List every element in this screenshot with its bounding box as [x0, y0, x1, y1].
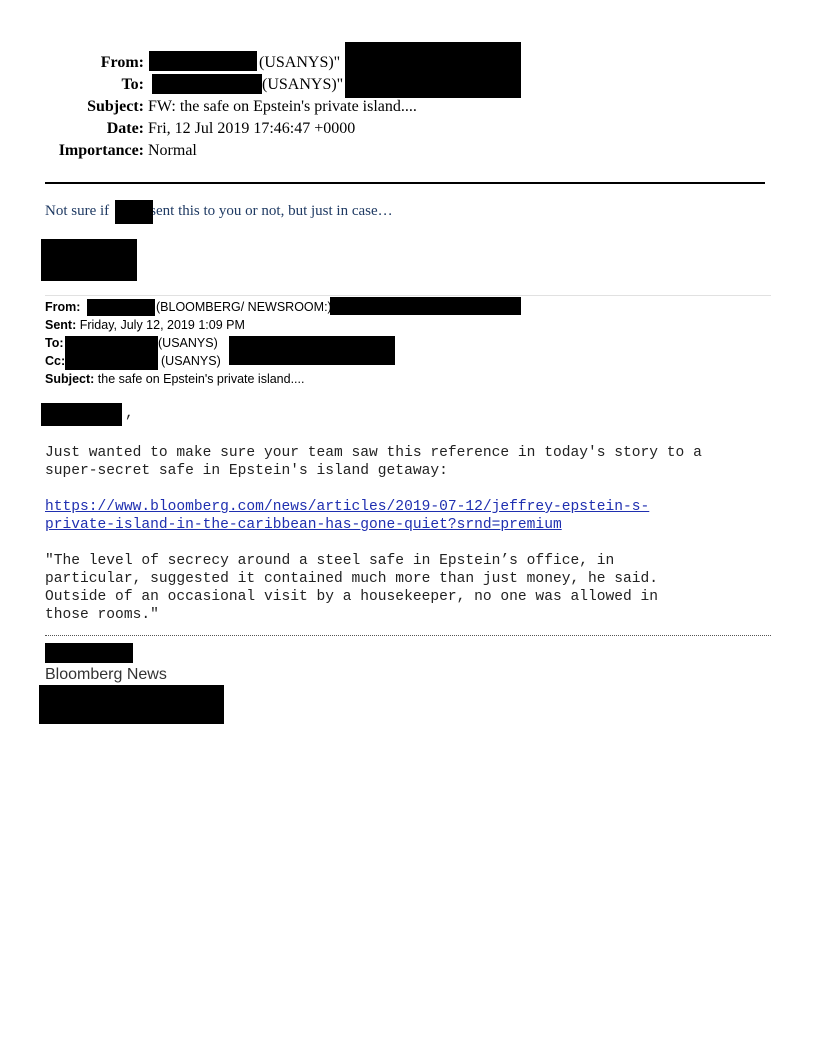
greeting-comma: , — [125, 406, 134, 422]
redaction-sender-signature — [41, 239, 137, 281]
fwd-from-row: From: (BLOOMBERG/ NEWSROOM:) — [45, 298, 80, 316]
subject-value: FW: the safe on Epstein's private island… — [148, 96, 417, 118]
subject-label: Subject: — [87, 96, 144, 118]
date-label: Date: — [107, 118, 144, 140]
quote-line-2: particular, suggested it contained much … — [45, 570, 658, 588]
redaction-addresses — [345, 42, 521, 98]
redaction-signature-name — [45, 643, 133, 663]
link-line-2[interactable]: private-island-in-the-caribbean-has-gone… — [45, 516, 649, 534]
fwd-to-value: (USANYS) — [158, 334, 218, 352]
signature-org: Bloomberg News — [45, 666, 167, 684]
from-value: (USANYS)" — [259, 52, 340, 74]
redaction-fwd-from-email — [330, 297, 521, 315]
fwd-subject-label: Subject: — [45, 372, 94, 386]
note-before: Not sure if — [45, 203, 109, 219]
fwd-subject-value: the safe on Epstein's private island.... — [98, 372, 305, 386]
fwd-cc-value: (USANYS) — [161, 352, 221, 370]
article-link[interactable]: https://www.bloomberg.com/news/articles/… — [45, 498, 649, 534]
redaction-greeting-name — [41, 403, 122, 426]
body-paragraph: Just wanted to make sure your team saw t… — [45, 444, 702, 480]
importance-label: Importance: — [59, 140, 144, 162]
fwd-cc-label: Cc: — [45, 354, 65, 368]
from-label: From: — [101, 52, 144, 74]
fwd-to-label: To: — [45, 336, 64, 350]
header-divider — [45, 182, 765, 184]
fwd-sent-label: Sent: — [45, 318, 76, 332]
redaction-to-name — [152, 74, 262, 94]
fwd-sent-row: Sent: Friday, July 12, 2019 1:09 PM — [45, 316, 245, 334]
redaction-signature-contact — [39, 685, 224, 724]
date-value: Fri, 12 Jul 2019 17:46:47 +0000 — [148, 118, 355, 140]
fwd-to-row: To: (USANYS) — [45, 334, 64, 352]
forward-divider — [45, 295, 771, 296]
to-label: To: — [121, 74, 144, 96]
link-line-1[interactable]: https://www.bloomberg.com/news/articles/… — [45, 498, 649, 516]
article-quote: "The level of secrecy around a steel saf… — [45, 552, 658, 624]
fwd-subject-row: Subject: the safe on Epstein's private i… — [45, 370, 304, 388]
redaction-fwd-from-name — [87, 299, 155, 316]
fwd-cc-row: Cc: (USANYS) — [45, 352, 65, 370]
quote-line-4: those rooms." — [45, 606, 658, 624]
paragraph-line-1: Just wanted to make sure your team saw t… — [45, 444, 702, 462]
fwd-from-value: (BLOOMBERG/ NEWSROOM:) — [156, 298, 332, 316]
quote-line-1: "The level of secrecy around a steel saf… — [45, 552, 658, 570]
redaction-note-name — [115, 200, 153, 224]
redaction-fwd-to-name — [65, 336, 158, 370]
redaction-fwd-to-email — [229, 336, 395, 365]
forward-note: Not sure ifsent this to you or not, but … — [45, 203, 393, 220]
quote-line-3: Outside of an occasional visit by a hous… — [45, 588, 658, 606]
note-after: sent this to you or not, but just in cas… — [150, 203, 392, 219]
redaction-from-name — [149, 51, 257, 71]
fwd-sent-value: Friday, July 12, 2019 1:09 PM — [80, 318, 245, 332]
importance-value: Normal — [148, 140, 197, 162]
signature-divider — [45, 635, 771, 636]
paragraph-line-2: super-secret safe in Epstein's island ge… — [45, 462, 702, 480]
to-value: (USANYS)" — [262, 74, 343, 96]
fwd-from-label: From: — [45, 300, 80, 314]
